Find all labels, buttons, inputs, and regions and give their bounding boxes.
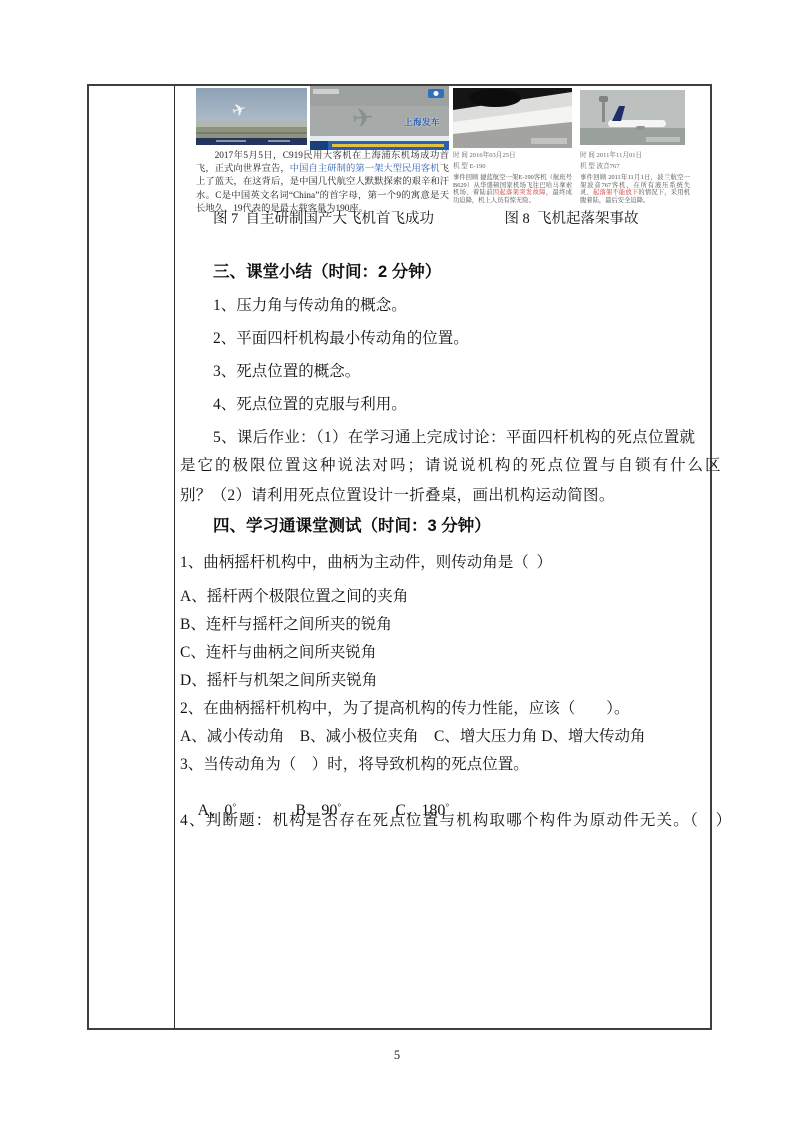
- summary-item-5-line2: 是它的极限位置这种说法对吗；请说说机构的死点位置与自锁有什么区: [180, 453, 723, 475]
- table-column-divider: [174, 86, 175, 1028]
- quiz-q1-option-c: C、连杆与曲柄之间所夹锐角: [180, 640, 376, 662]
- incident1-model: 机 型 E-190: [453, 161, 572, 172]
- incident-card-767: 时 间 2011年11月01日 机 型 波音767 事件回顾 2011年11月1…: [580, 150, 690, 205]
- page-number: 5: [0, 1048, 794, 1063]
- incident2-event: 事件回顾 2011年11月1日，波兰航空一架波音767客机，在所有液压系统失灵、…: [580, 174, 690, 205]
- e190-incident-photo: [453, 88, 572, 148]
- incident1-event: 事件回顾 捷蓝航空一架E-190客机（航班号B629）从华盛顿国家机场飞往巴哈马…: [453, 174, 572, 205]
- quiz-q1-option-d: D、摇杆与机架之间所夹锐角: [180, 668, 377, 690]
- quiz-question-2: 2、在曲柄摇杆机构中，为了提高机构的传力性能，应该（ ）。: [180, 696, 630, 718]
- figure8-caption: 图 8 飞机起落架事故: [453, 207, 690, 228]
- summary-item-3: 3、死点位置的概念。: [213, 359, 360, 381]
- c919-takeoff-photo: ✈: [196, 88, 307, 145]
- quiz-heading: 四、学习通课堂测试（时间：3 分钟）: [213, 512, 491, 536]
- quiz-question-4: 4、判断题：机构是否存在死点位置与机构取哪个构件为原动件无关。（ ）: [180, 808, 732, 830]
- plane-icon: ✈: [351, 103, 376, 134]
- summary-item-2: 2、平面四杆机构最小传动角的位置。: [213, 326, 469, 348]
- quiz-question-3: 3、当传动角为（ ）时，将导致机构的死点位置。: [180, 752, 529, 774]
- summary-item-5-line1: 5、课后作业：（1）在学习通上完成讨论：平面四杆机构的死点位置就: [213, 425, 695, 447]
- summary-item-4: 4、死点位置的克服与利用。: [213, 392, 407, 414]
- document-page: ✈ ✈ 上海发车 2017年5月5日，C919民用大客机在上海浦东机场: [0, 0, 794, 1123]
- summary-heading: 三、课堂小结（时间：2 分钟）: [213, 258, 441, 282]
- summary-item-5-line3: 别？（2）请利用死点位置设计一折叠桌，画出机构运动简图。: [180, 483, 615, 505]
- incident2-event-red: 起落架不能放下: [593, 189, 638, 196]
- quiz-q1-option-a: A、摇杆两个极限位置之间的夹角: [180, 584, 408, 606]
- quiz-q1-option-b: B、连杆与摇杆之间所夹的锐角: [180, 612, 392, 634]
- quiz-question-1: 1、曲柄摇杆机构中，曲柄为主动件，则传动角是（ ）: [180, 550, 552, 572]
- incident1-event-red: 因起落架突发故障: [493, 189, 546, 196]
- incident1-time: 时 间 2016年03月25日: [453, 150, 572, 161]
- quiz-q2-options: A、减小传动角 B、减小极位夹角 C、增大压力角 D、增大传动角: [180, 724, 645, 746]
- summary-item-1: 1、压力角与传动角的概念。: [213, 293, 407, 315]
- lot767-incident-photo: [580, 90, 685, 145]
- news-watermark: 上海发车: [404, 116, 440, 128]
- figure7-caption: 图 7 自主研制国产大飞机首飞成功: [196, 207, 451, 228]
- incident2-time: 时 间 2011年11月01日: [580, 150, 690, 161]
- incident-card-e190: 时 间 2016年03月25日 机 型 E-190 事件回顾 捷蓝航空一架E-1…: [453, 150, 572, 205]
- incident2-model: 机 型 波音767: [580, 161, 690, 172]
- fig7-paragraph-blue-seg: 中国自主研制的第一架大型民用客机: [290, 164, 440, 174]
